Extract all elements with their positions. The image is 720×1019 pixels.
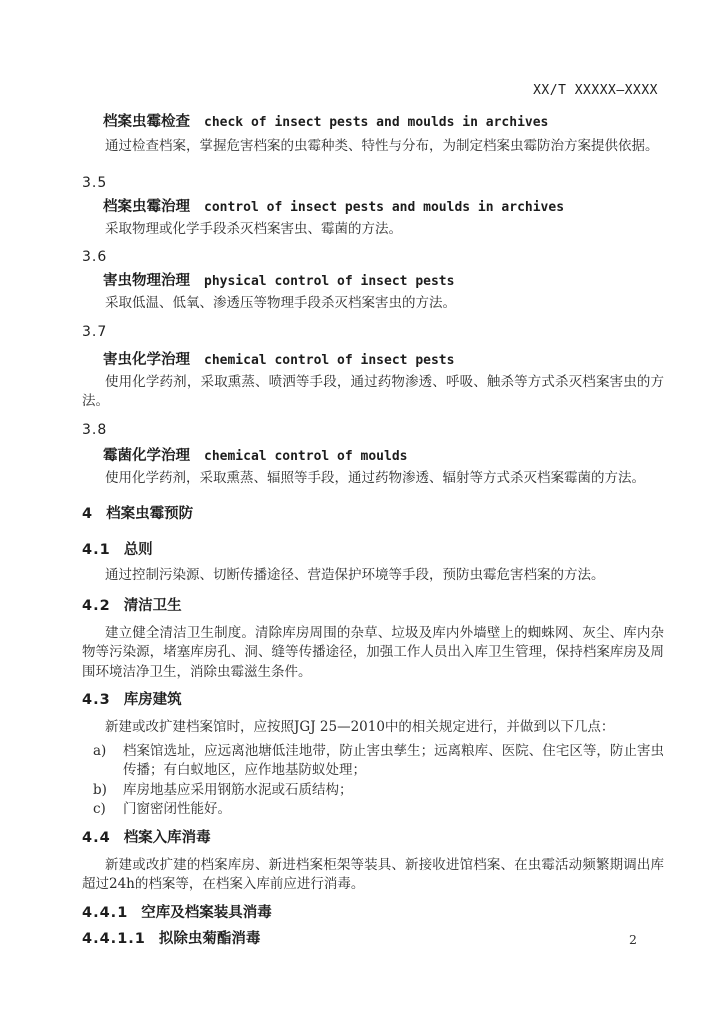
list-label: c) (93, 800, 106, 820)
section-number: 4.2 (82, 598, 111, 614)
term-en: chemical control of insect pests (204, 353, 454, 368)
section-number: 4.4.1.1 (82, 931, 146, 947)
clause-number: 3.5 (82, 173, 664, 193)
term-definition: 采取物理或化学手段杀灭档案害虫、霉菌的方法。 (82, 220, 664, 240)
chapter-4-heading: 4档案虫霉预防 (82, 504, 664, 524)
term-line: 档案虫霉检查check of insect pests and moulds i… (82, 112, 664, 133)
term-definition: 采取低温、低氧、渗透压等物理手段杀灭档案害虫的方法。 (82, 294, 664, 314)
term-zh: 档案虫霉治理 (103, 199, 190, 215)
section-4-4-heading: 4.4档案入库消毒 (82, 828, 664, 848)
term-line: 害虫化学治理chemical control of insect pests (82, 350, 664, 371)
term-en: control of insect pests and moulds in ar… (204, 200, 564, 215)
chapter-title: 档案虫霉预防 (106, 506, 193, 522)
section-number: 4.4.1 (82, 905, 128, 921)
term-en: physical control of insect pests (204, 274, 454, 289)
standard-code: XX/T XXXXX—XXXX (533, 83, 658, 98)
list-item: a)档案馆选址，应远离池塘低洼地带，防止害虫孳生；远离粮库、医院、住宅区等，防止… (82, 742, 664, 781)
running-header: XX/T XXXXX—XXXX (82, 84, 664, 98)
section-title: 空库及档案装具消毒 (141, 905, 272, 921)
clause-number: 3.7 (82, 322, 664, 342)
term-zh: 害虫化学治理 (103, 352, 190, 368)
chapter-number: 4 (82, 506, 93, 522)
section-title: 库房建筑 (124, 692, 182, 708)
term-zh: 害虫物理治理 (103, 273, 190, 289)
term-en: chemical control of moulds (204, 449, 408, 464)
list-text: 档案馆选址，应远离池塘低洼地带，防止害虫孳生；远离粮库、医院、住宅区等，防止害虫… (123, 743, 664, 779)
section-number: 4.1 (82, 542, 111, 558)
section-4-3-heading: 4.3库房建筑 (82, 690, 664, 710)
requirements-list: a)档案馆选址，应远离池塘低洼地带，防止害虫孳生；远离粮库、医院、住宅区等，防止… (82, 742, 664, 820)
term-zh: 档案虫霉检查 (103, 114, 190, 130)
paragraph: 建立健全清洁卫生制度。清除库房周围的杂草、垃圾及库内外墙壁上的蜘蛛网、灰尘、库内… (82, 624, 664, 683)
section-number: 4.3 (82, 692, 111, 708)
list-item: b)库房地基应采用钢筋水泥或石质结构； (82, 781, 664, 801)
term-definition: 使用化学药剂，采取熏蒸、辐照等手段，通过药物渗透、辐射等方式杀灭档案霉菌的方法。 (82, 469, 664, 489)
list-text: 库房地基应采用钢筋水泥或石质结构； (123, 782, 353, 798)
term-line: 霉菌化学治理chemical control of moulds (82, 446, 664, 467)
page-number: 2 (629, 932, 637, 947)
list-label: a) (93, 742, 106, 762)
section-number: 4.4 (82, 830, 111, 846)
section-4-2-heading: 4.2清洁卫生 (82, 596, 664, 616)
section-4-4-1-1-heading: 4.4.1.1拟除虫菊酯消毒 (82, 929, 664, 949)
term-line: 档案虫霉治理control of insect pests and moulds… (82, 197, 664, 218)
document-page: XX/T XXXXX—XXXX 档案虫霉检查check of insect pe… (0, 0, 720, 1019)
section-title: 清洁卫生 (124, 598, 182, 614)
section-title: 拟除虫菊酯消毒 (159, 931, 261, 947)
paragraph: 新建或改扩建档案馆时，应按照JGJ 25—2010中的相关规定进行，并做到以下几… (82, 718, 664, 738)
section-title: 档案入库消毒 (124, 830, 211, 846)
list-label: b) (93, 781, 107, 801)
term-en: check of insect pests and moulds in arch… (204, 115, 548, 130)
clause-number: 3.8 (82, 420, 664, 440)
paragraph: 通过控制污染源、切断传播途径、营造保护环境等手段，预防虫霉危害档案的方法。 (82, 566, 664, 586)
paragraph: 新建或改扩建的档案库房、新进档案柜架等装具、新接收进馆档案、在虫霉活动频繁期调出… (82, 856, 664, 895)
term-definition: 通过检查档案，掌握危害档案的虫霉种类、特性与分布，为制定档案虫霉防治方案提供依据… (82, 137, 664, 157)
clause-number: 3.6 (82, 247, 664, 267)
section-4-1-heading: 4.1总则 (82, 540, 664, 560)
term-line: 害虫物理治理physical control of insect pests (82, 271, 664, 292)
section-title: 总则 (124, 542, 153, 558)
term-zh: 霉菌化学治理 (103, 448, 190, 464)
list-text: 门窗密闭性能好。 (123, 801, 231, 817)
list-item: c)门窗密闭性能好。 (82, 800, 664, 820)
section-4-4-1-heading: 4.4.1空库及档案装具消毒 (82, 903, 664, 923)
term-definition: 使用化学药剂，采取熏蒸、喷洒等手段，通过药物渗透、呼吸、触杀等方式杀灭档案害虫的… (82, 373, 664, 412)
